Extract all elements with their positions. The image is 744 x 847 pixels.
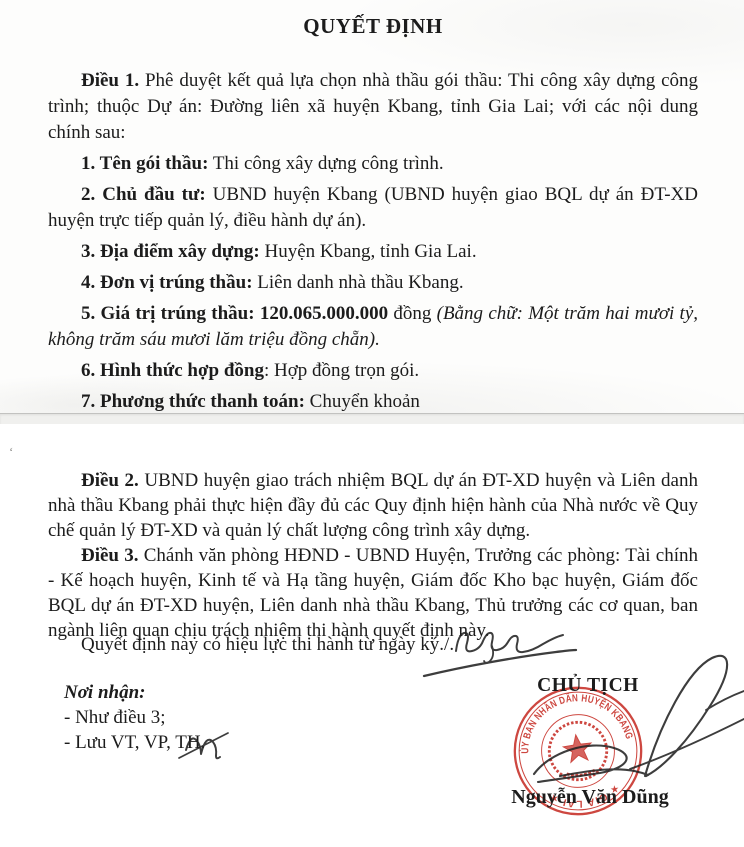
seal-gear-icon	[567, 770, 596, 777]
recipient-line-1: - Như điều 3;	[64, 705, 205, 730]
recipients-block: Nơi nhận: - Như điều 3; - Lưu VT, VP, TH…	[64, 680, 205, 755]
document-title: QUYẾT ĐỊNH	[48, 14, 698, 39]
article-2: Điều 2. UBND huyện giao trách nhiệm BQL …	[48, 468, 698, 543]
article-1-label: Điều 1.	[81, 70, 139, 91]
recipients-title: Nơi nhận:	[64, 680, 205, 705]
article-1: Điều 1. Phê duyệt kết quả lựa chọn nhà t…	[48, 68, 698, 146]
decision-item-3: 3. Địa điểm xây dựng: Huyện Kbang, tỉnh …	[48, 239, 698, 265]
signer-title: CHỦ TỊCH	[500, 675, 676, 697]
decision-item-6: 6. Hình thức hợp đồng: Hợp đồng trọn gói…	[48, 358, 698, 384]
page-2: ʻ Điều 2. UBND huyện giao trách nhiệm BQ…	[0, 424, 744, 847]
decision-item-7: 7. Phương thức thanh toán: Chuyển khoản	[48, 389, 698, 415]
seal-star-icon	[562, 733, 593, 763]
article-3-label: Điều 3.	[81, 545, 139, 566]
decision-item-4: 4. Đơn vị trúng thầu: Liên danh nhà thầu…	[48, 270, 698, 296]
effectiveness-line: Quyết định này có hiệu lực thi hành từ n…	[48, 632, 608, 657]
chairman-signature-tail-upper	[706, 691, 744, 710]
page-1: QUYẾT ĐỊNH Điều 1. Phê duyệt kết quả lựa…	[0, 0, 744, 413]
decision-item-1: 1. Tên gói thầu: Thi công xây dựng công …	[48, 151, 698, 177]
article-2-body: UBND huyện giao trách nhiệm BQL dự án ĐT…	[48, 470, 698, 541]
signer-name: Nguyễn Văn Dũng	[486, 786, 694, 809]
decision-item-2: 2. Chủ đầu tư: UBND huyện Kbang (UBND hu…	[48, 182, 698, 234]
recipient-line-2: - Lưu VT, VP, TH.	[64, 730, 205, 755]
article-3-body: Chánh văn phòng HĐND - UBND Huyện, Trưởn…	[48, 545, 698, 641]
chairman-signature-loop	[645, 656, 727, 776]
decision-item-5: 5. Giá trị trúng thầu: 120.065.000.000 đ…	[48, 301, 698, 353]
article-2-label: Điều 2.	[81, 470, 139, 491]
scan-artifact: ʻ	[9, 444, 13, 460]
article-1-body: Phê duyệt kết quả lựa chọn nhà thầu gói …	[48, 70, 698, 143]
article-3: Điều 3. Chánh văn phòng HĐND - UBND Huyệ…	[48, 543, 698, 643]
